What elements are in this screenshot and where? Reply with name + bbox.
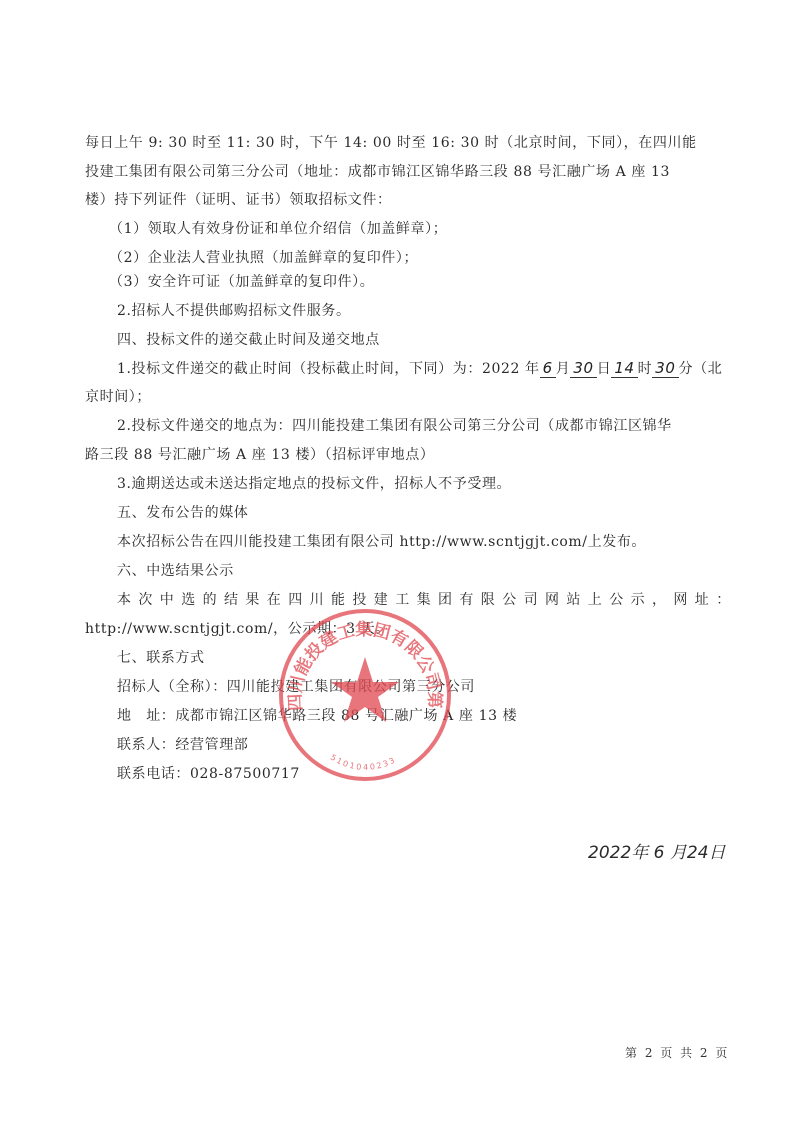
list-item: （3）安全许可证（加盖鲜章的复印件）。 [109,272,374,292]
section-heading: 四、投标文件的递交截止时间及递交地点 [117,330,380,350]
list-item: （1）领取人有效身份证和单位介绍信（加盖鲜章）； [109,219,447,239]
paragraph-line: 楼）持下列证件（证明、证书）领取招标文件： [85,190,392,210]
paragraph: 3.逾期送达或未送达指定地点的投标文件，招标人不予受理。 [117,474,511,494]
paragraph: 2.招标人不提供邮购招标文件服务。 [117,301,351,321]
list-item: （2）企业法人营业执照（加盖鲜章的复印件）； [109,248,418,268]
paragraph-line: 每日上午 9: 30 时至 11: 30 时，下午 14: 00 时至 16: … [85,133,697,153]
handwritten-hour: 14 [611,359,637,378]
handwritten-minute: 30 [652,359,678,378]
page-number: 第 2 页 共 2 页 [625,1044,729,1061]
paragraph: 本次招标公告在四川能投建工集团有限公司 http://www.scntjgjt.… [117,532,646,552]
signature-date: 2022年 6 月24日 [588,838,726,863]
handwritten-month: 6 [540,359,556,378]
month-unit: 月 [556,361,571,377]
contact-phone: 联系电话：028-87500717 [117,764,300,784]
paragraph-line: 投建工集团有限公司第三分公司（地址：成都市锦江区锦华路三段 88 号汇融广场 A… [85,162,670,182]
deadline-line: 1.投标文件递交的截止时间（投标截止时间，下同）为：2022 年6月30日14时… [117,358,722,379]
deadline-suffix: 分（北 [679,361,723,377]
paragraph-line: 路三段 88 号汇融广场 A 座 13 楼）（招标评审地点） [85,445,434,465]
svg-text:5101040233: 5101040233 [329,753,398,772]
hour-unit: 时 [638,361,653,377]
deadline-prefix: 1.投标文件递交的截止时间（投标截止时间，下同）为：2022 年 [117,361,540,377]
section-heading: 五、发布公告的媒体 [117,503,248,523]
contact-person: 联系人：经营管理部 [117,735,248,755]
day-unit: 日 [597,361,612,377]
paragraph-line: http://www.scntjgjt.com/，公示期：3 天。 [85,619,390,639]
contact-tenderer: 招标人（全称）：四川能投建工集团有限公司第三分公司 [117,677,475,697]
paragraph-line: 京时间）； [85,387,151,407]
handwritten-day: 30 [570,359,596,378]
paragraph-line: 本次中选的结果在四川能投建工集团有限公司网站上公示，网址： [117,590,738,610]
contact-address: 地 址：成都市锦江区锦华路三段 88 号汇融广场 A 座 13 楼 [117,706,517,726]
section-heading: 七、联系方式 [117,648,205,668]
paragraph-line: 2.投标文件递交的地点为：四川能投建工集团有限公司第三分公司（成都市锦江区锦华 [117,416,672,436]
section-heading: 六、中选结果公示 [117,561,234,581]
